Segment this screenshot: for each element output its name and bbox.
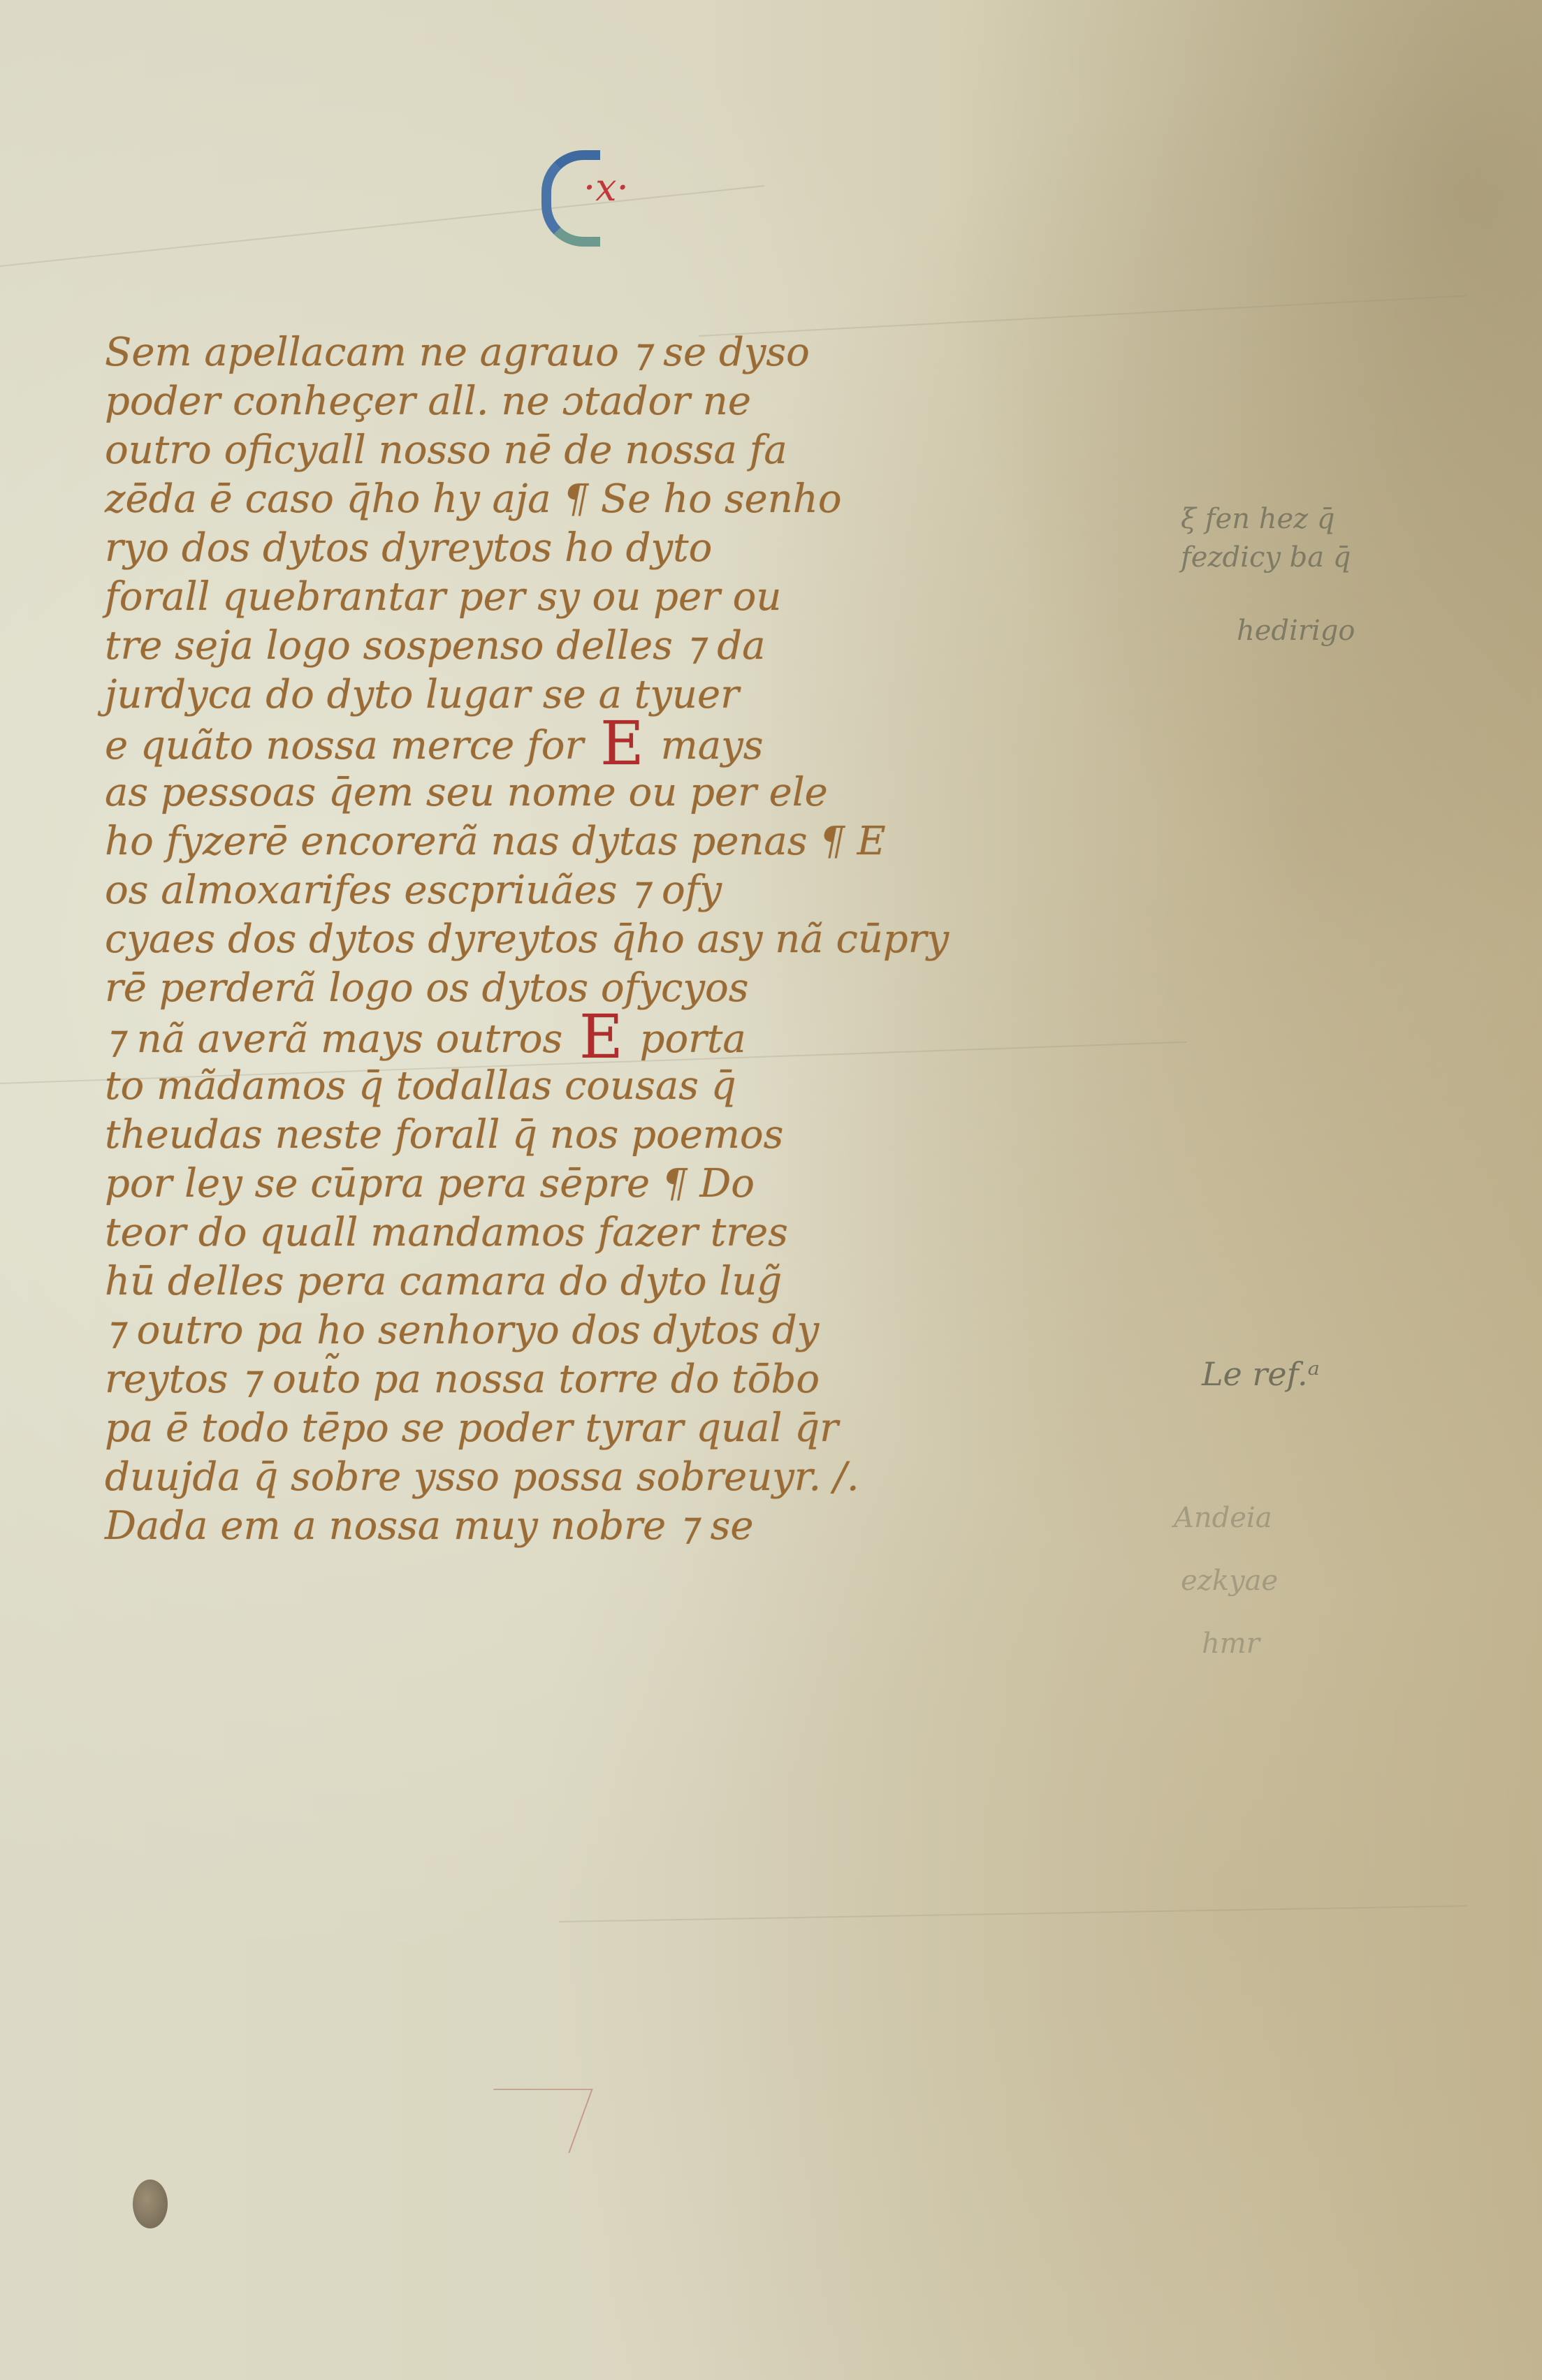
text-line-9: e quãto nossa merce for E mays xyxy=(105,720,1139,768)
text-line-3: outro oficyall nosso nē de nossa fa xyxy=(105,426,1139,475)
parchment-crease xyxy=(559,1905,1467,1922)
marginal-note: hmr xyxy=(1202,1628,1260,1660)
text-line-25: Dada em a nossa muy nobre ⁊ se xyxy=(105,1502,1139,1551)
text-line-10: as pessoas q̄em seu nome ou per ele xyxy=(105,768,1139,817)
parchment-hole xyxy=(133,2180,168,2228)
marginal-note: fezdicy ba q̄ xyxy=(1181,541,1351,574)
rubricated-initial: E xyxy=(579,1013,623,1062)
text-line-6: forall quebrantar per sy ou per ou xyxy=(105,573,1139,622)
text-line-5: ryo dos dytos dyreytos ho dyto xyxy=(105,524,1139,573)
text-line-15-tail: porta xyxy=(640,1016,746,1062)
faint-sketch-mark xyxy=(470,2089,592,2153)
text-line-15: ⁊ nã averã mays outros E porta xyxy=(105,1013,1139,1062)
text-line-17: theudas neste forall q̄ nos poemos xyxy=(105,1111,1139,1160)
text-line-21: ⁊ outro pa ho senhoryo dos dytos dy xyxy=(105,1306,1139,1355)
text-line-12: os almoxarifes escpriuães ⁊ ofy xyxy=(105,866,1139,915)
marginal-note: hedirigo xyxy=(1237,615,1355,647)
text-line-15-body: ⁊ nã averã mays outros xyxy=(105,1016,562,1062)
parchment-crease xyxy=(0,185,764,267)
marginal-note: ξ fen hez q̄ xyxy=(1181,503,1335,535)
text-line-9-tail: mays xyxy=(661,723,764,768)
manuscript-page: ·x· Sem apellacam ne agrauo ⁊ se dyso po… xyxy=(0,0,1542,2380)
text-line-24: duujda q̄ sobre ysso possa sobreuyr. /. xyxy=(105,1453,1139,1502)
text-line-22: reytos ⁊ out̃o pa nossa torre do tōbo xyxy=(105,1355,1139,1404)
text-line-2: poder conheçer all. ne ɔtador ne xyxy=(105,377,1139,426)
folio-number: ·x· xyxy=(583,166,629,210)
marginal-note: Le ref.ᵃ xyxy=(1202,1355,1320,1393)
text-line-13: cyaes dos dytos dyreytos q̄ho asy nã cūp… xyxy=(105,915,1139,964)
text-line-20: hū delles pera camara do dyto lug̃ xyxy=(105,1257,1139,1306)
text-line-19: teor do quall mandamos fazer tres xyxy=(105,1209,1139,1257)
main-text-block: Sem apellacam ne agrauo ⁊ se dyso poder … xyxy=(105,328,1139,1551)
rubricated-initial: E xyxy=(600,720,644,768)
text-line-11: ho fyzerē encorerã nas dytas penas ¶ E xyxy=(105,817,1139,866)
text-line-1: Sem apellacam ne agrauo ⁊ se dyso xyxy=(105,328,1139,377)
text-line-9-body: e quãto nossa merce for xyxy=(105,723,583,768)
folio-mark: ·x· xyxy=(541,150,639,241)
text-line-7: tre seja logo sospenso delles ⁊ da xyxy=(105,622,1139,671)
text-line-4: zēda ē caso q̄ho hy aja ¶ Se ho senho xyxy=(105,475,1139,524)
marginal-note: ezkyae xyxy=(1181,1565,1278,1597)
text-line-23: pa ē todo tēpo se poder tyrar qual q̄r xyxy=(105,1404,1139,1453)
text-line-16: to mãdamos q̄ todallas cousas q̄ xyxy=(105,1062,1139,1111)
text-line-18: por ley se cūpra pera sēpre ¶ Do xyxy=(105,1160,1139,1209)
marginal-note: Andeia xyxy=(1174,1502,1272,1534)
